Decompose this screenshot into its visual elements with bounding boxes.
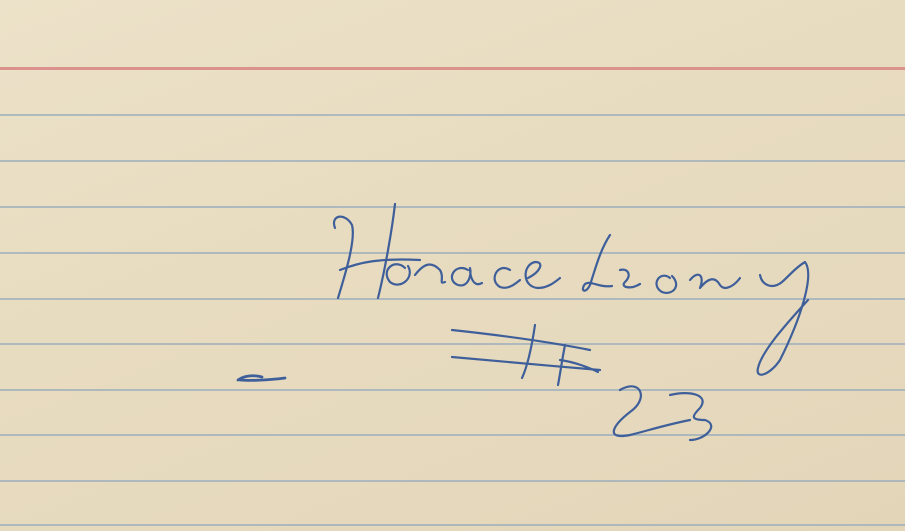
index-card: Horace Lowry #23 — [0, 0, 905, 531]
handwritten-signature — [0, 0, 905, 531]
